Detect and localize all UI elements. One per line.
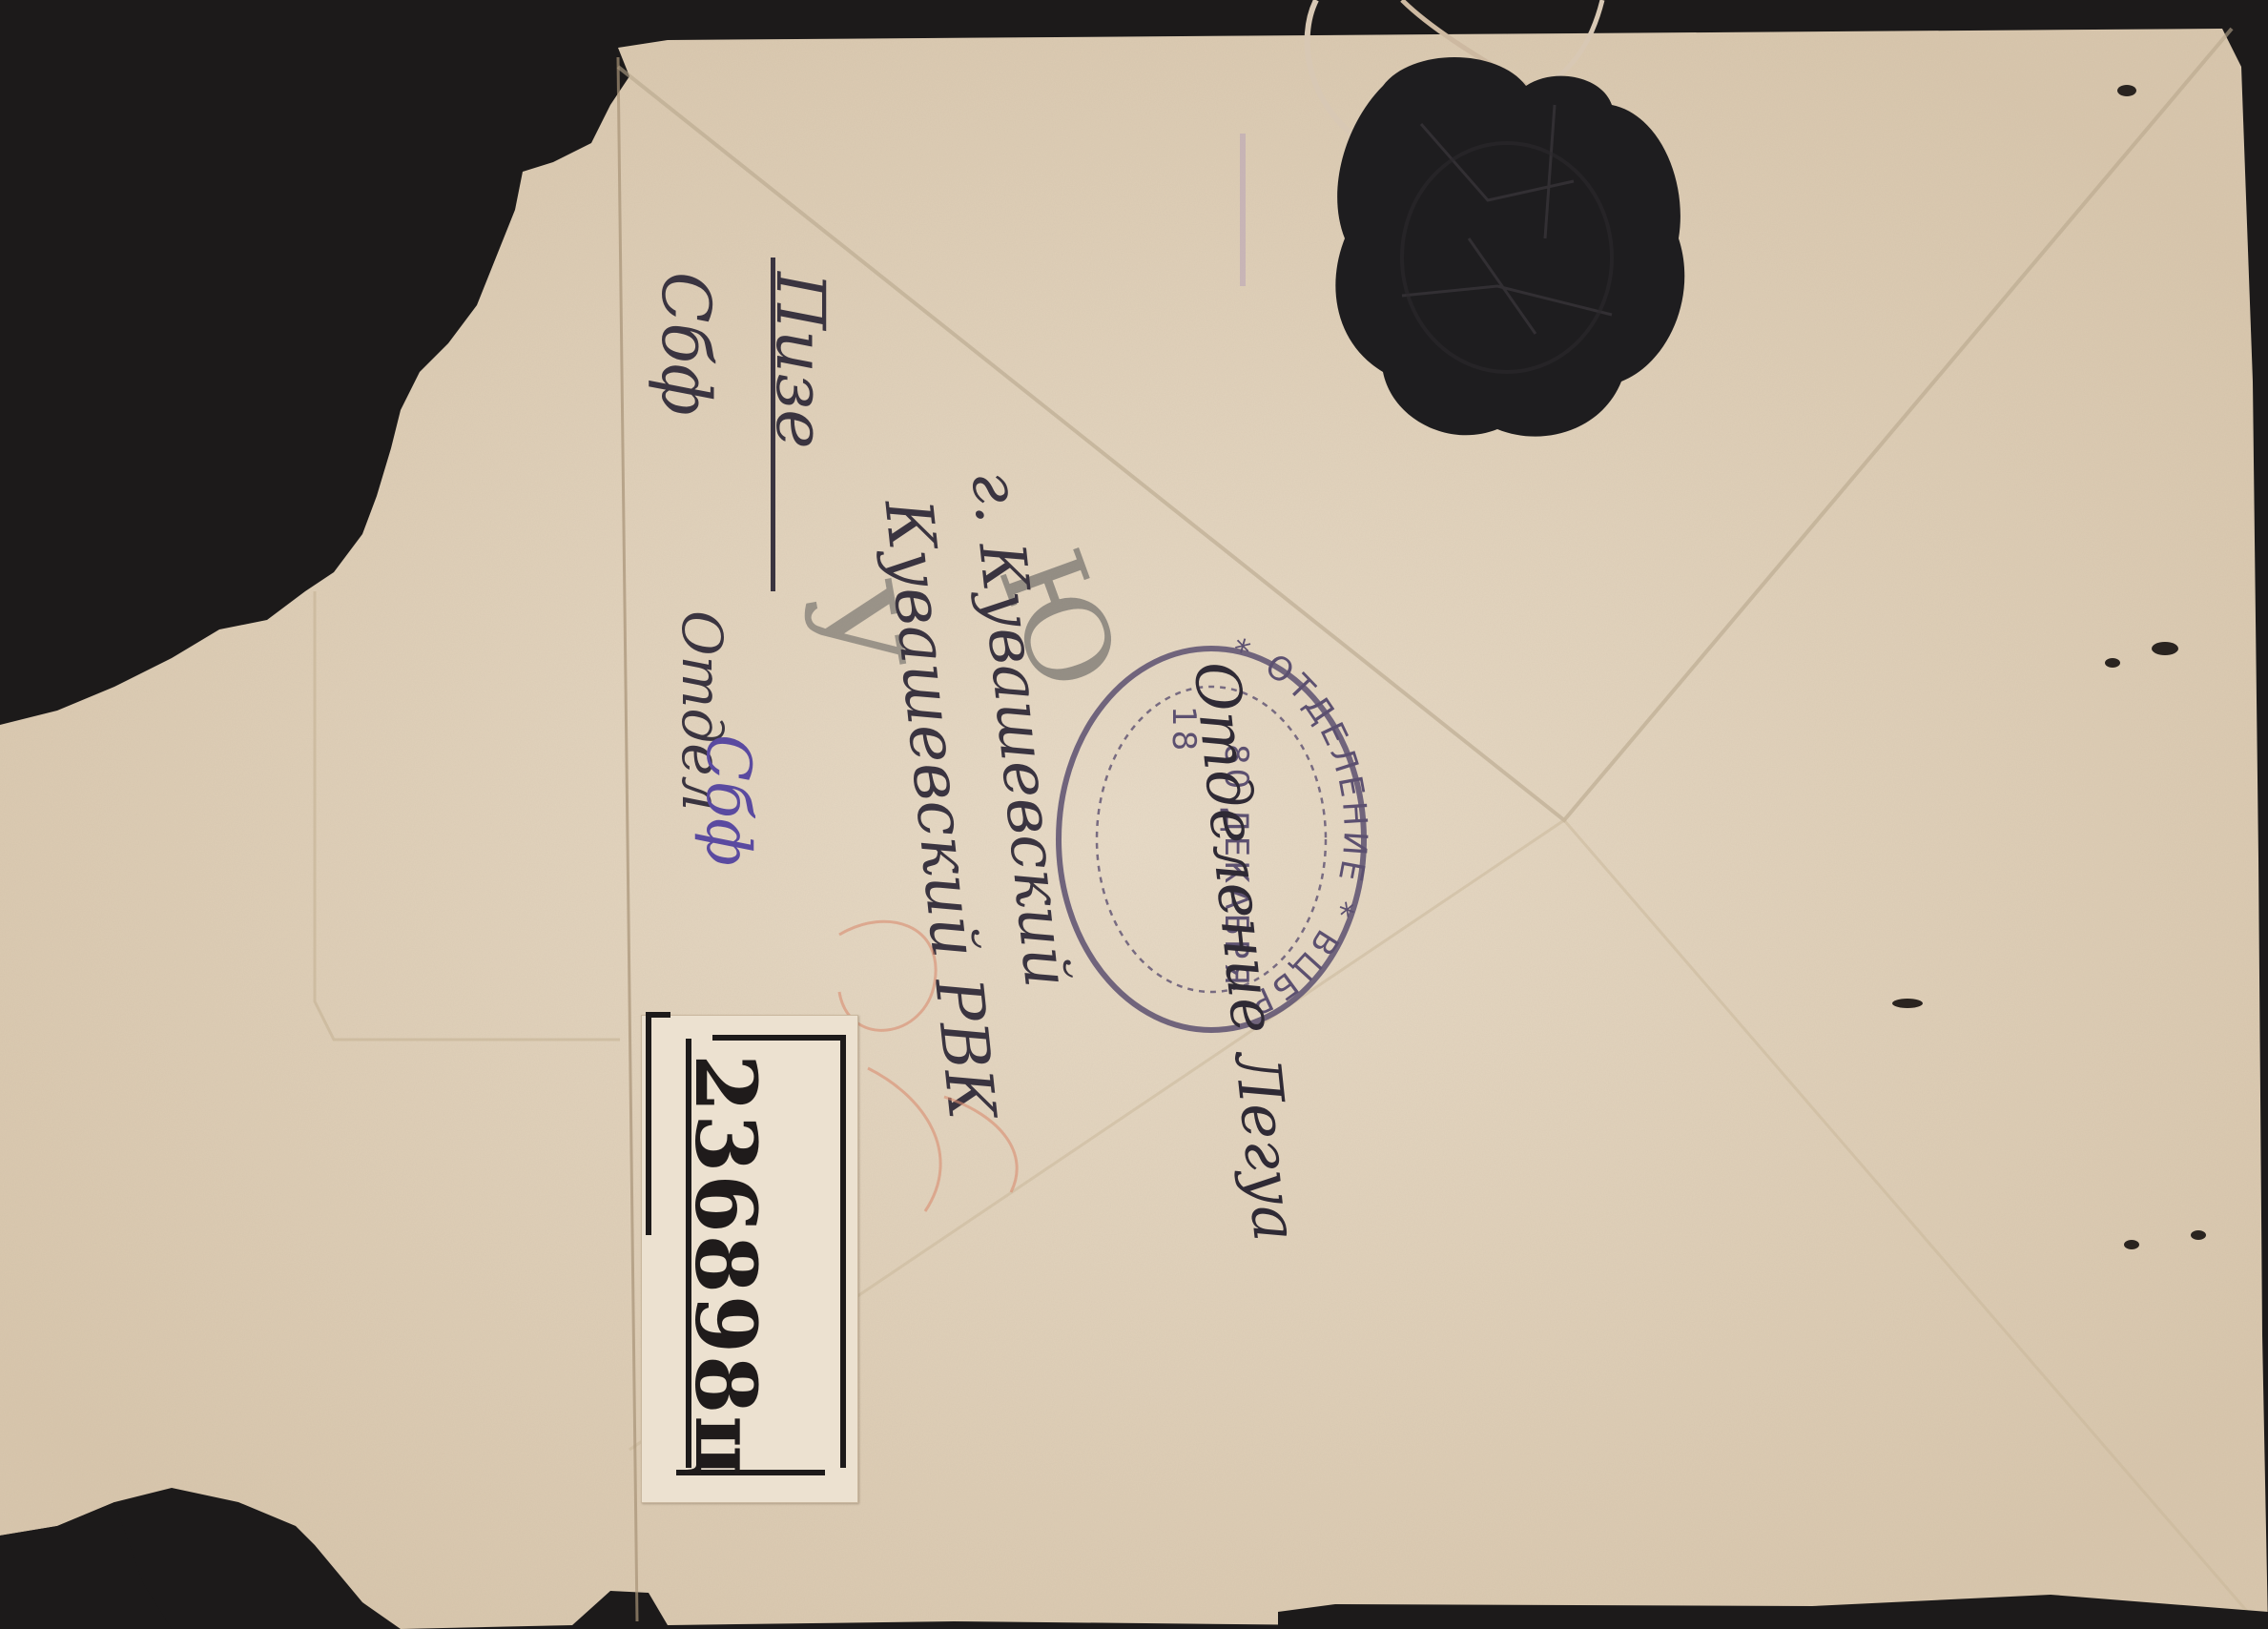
envelope-scan: Сбф Пизе Отдел Ю У г. Кувашевский Куваше…	[0, 0, 2268, 1629]
faint-ink-mark	[1240, 134, 1246, 286]
wax-seal	[1326, 48, 1707, 458]
registration-label: 236898ц	[641, 1015, 858, 1503]
registration-number: 236898ц	[676, 1054, 775, 1479]
label-border	[646, 1016, 651, 1235]
blue-pencil-note: Сбф	[692, 734, 763, 866]
handwriting-left-top: Сбф	[647, 272, 725, 416]
handwriting-left-middle: Пизе	[761, 272, 839, 449]
